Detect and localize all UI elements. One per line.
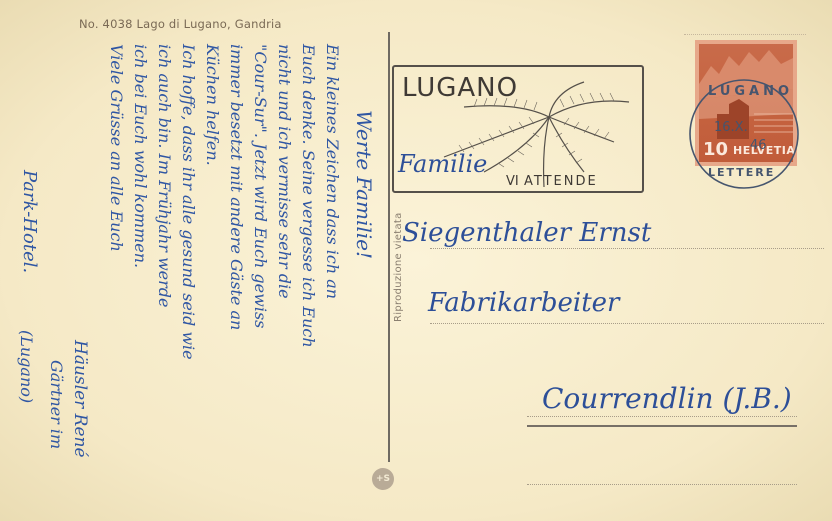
slogan-subtitle: ATTENDE — [524, 174, 598, 189]
address-rule — [527, 484, 797, 485]
message-line: ich bei Euch wohl kommen. — [131, 44, 150, 268]
message-line: ich auch bin. Im Frühjahr werde — [155, 44, 174, 308]
address-line-1: Familie — [398, 150, 487, 178]
address-line-2: Siegenthaler Ernst — [402, 218, 651, 248]
circular-cancel: LUGANO 16.X. 46 LETTERE — [678, 78, 806, 190]
message-line: Euch denke. Seine vergesse ich Euch — [299, 44, 318, 348]
message-line: "Cour-Sur". Jetzt wird Euch gewiss — [251, 44, 270, 328]
message-line: Viele Grüsse an alle Euch — [107, 44, 126, 252]
address-rule — [430, 323, 824, 324]
message-signature-line2: Gärtner im — [47, 360, 66, 449]
publisher-logo: +S — [372, 468, 394, 490]
address-line-4: Courrendlin (J.B.) — [542, 382, 792, 415]
center-divider — [388, 32, 390, 462]
message-sender-place: Park-Hotel. — [19, 170, 40, 273]
address-rule — [430, 248, 824, 249]
slogan-subtitle-prefix: VI — [506, 174, 519, 189]
cancel-city: LUGANO — [708, 84, 793, 99]
postcard-caption: No. 4038 Lago di Lugano, Gandria — [79, 17, 282, 31]
message-line: Küchen helfen. — [203, 44, 222, 166]
stamp-guide-line — [684, 34, 806, 35]
message-line: nicht und ich vermisse sehr die — [275, 44, 294, 299]
message-signature: Häusler René — [70, 340, 90, 458]
message-line: Ich hoffe, dass ihr alle gesund seid wie — [179, 44, 198, 360]
message-salutation: Werte Familie! — [352, 110, 376, 259]
address-rule-solid — [527, 425, 797, 427]
slogan-title: LUGANO — [402, 73, 518, 103]
message-line: Ein kleines Zeichen dass ich an — [323, 44, 342, 299]
message-signature-line3: (Lugano) — [17, 330, 36, 403]
address-rule — [527, 416, 797, 417]
message-line: immer besetzt mit andere Gäste an — [227, 44, 246, 330]
cancel-year: 46 — [750, 138, 767, 153]
address-line-3: Fabrikarbeiter — [428, 288, 619, 318]
postcard-back: No. 4038 Lago di Lugano, Gandria Werte F… — [0, 0, 832, 521]
cancel-date: 16.X. — [714, 120, 748, 135]
cancel-footer: LETTERE — [708, 166, 775, 179]
